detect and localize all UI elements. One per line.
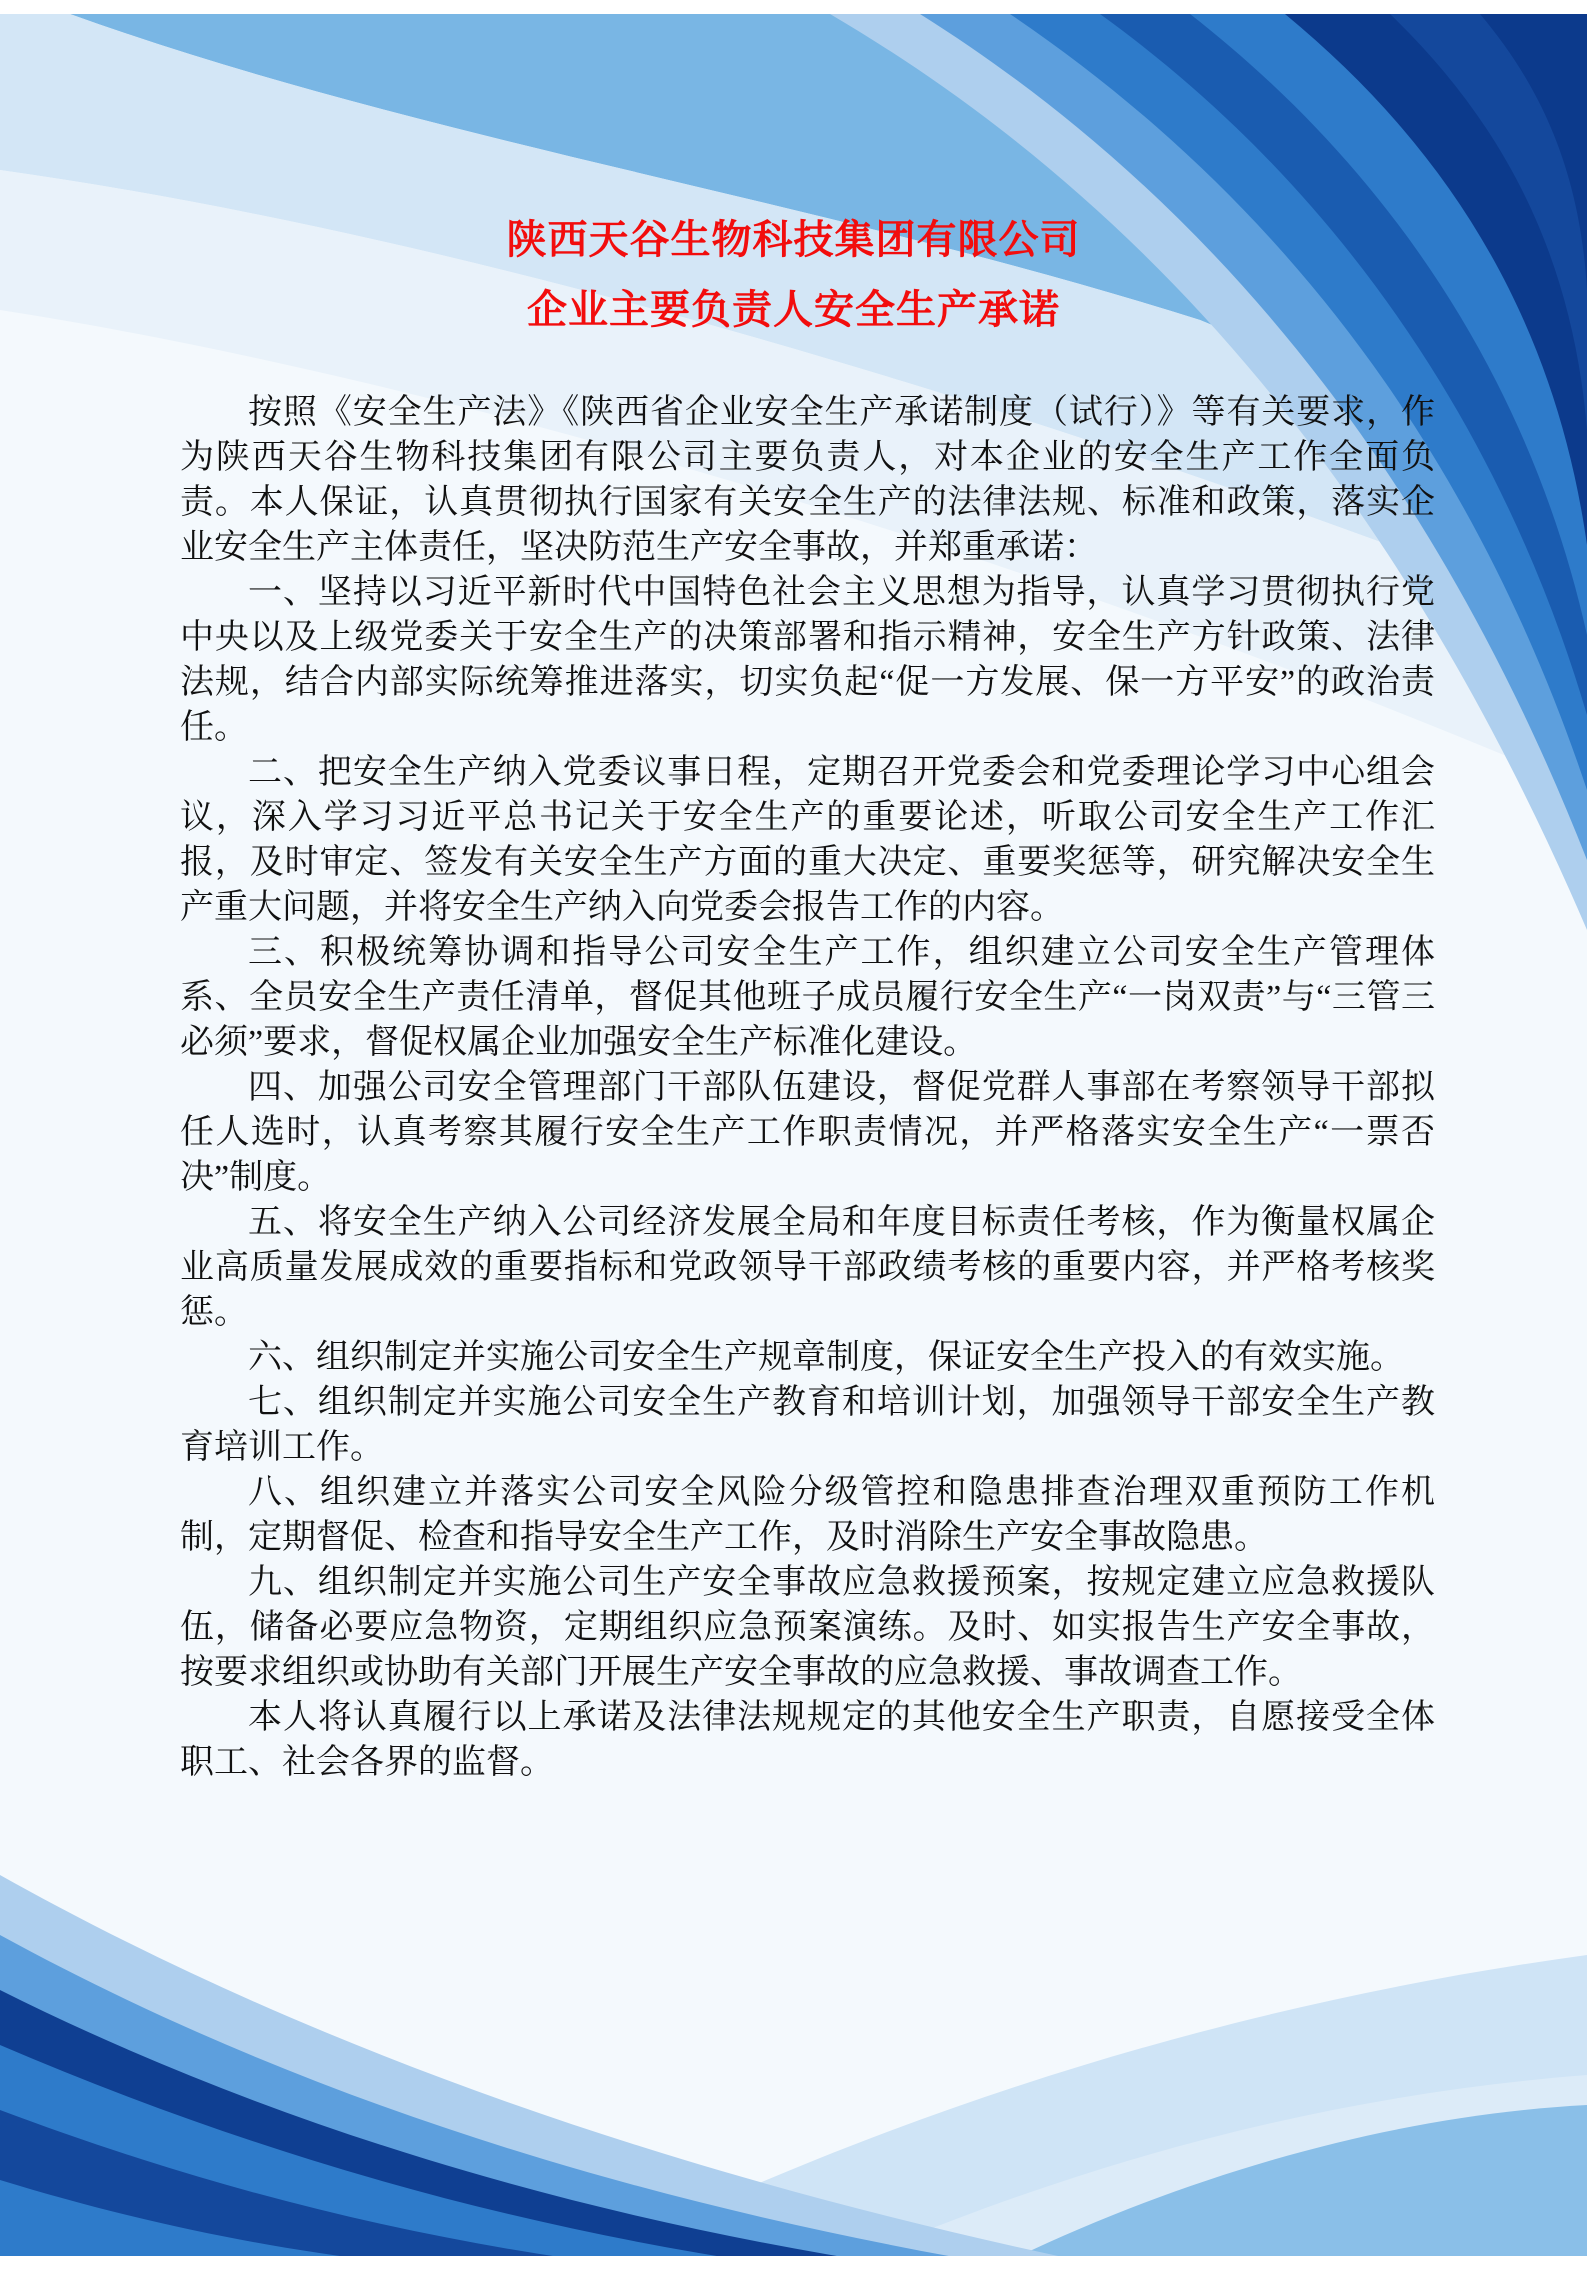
body-paragraph-item-9: 九、组织制定并实施公司生产安全事故应急救援预案，按规定建立应急救援队伍，储备必要… [180, 1560, 1435, 1695]
body-paragraph-item-6: 六、组织制定并实施公司安全生产规章制度，保证安全生产投入的有效实施。 [180, 1335, 1435, 1380]
body-paragraph-item-1: 一、坚持以习近平新时代中国特色社会主义思想为指导，认真学习贯彻执行党中央以及上级… [180, 570, 1435, 750]
document-body: 按照《安全生产法》《陕西省企业安全生产承诺制度（试行）》等有关要求，作为陕西天谷… [180, 390, 1435, 1785]
bottom-margin-strip [0, 2256, 1587, 2275]
document-title-line1: 陕西天谷生物科技集团有限公司 [0, 216, 1587, 264]
document-content: 陕西天谷生物科技集团有限公司 企业主要负责人安全生产承诺 按照《安全生产法》《陕… [0, 0, 1587, 1785]
body-paragraph-item-3: 三、积极统筹协调和指导公司安全生产工作，组织建立公司安全生产管理体系、全员安全生… [180, 930, 1435, 1065]
document-title-line2: 企业主要负责人安全生产承诺 [0, 286, 1587, 334]
body-paragraph-closing: 本人将认真履行以上承诺及法律法规规定的其他安全生产职责，自愿接受全体职工、社会各… [180, 1695, 1435, 1785]
body-paragraph-intro: 按照《安全生产法》《陕西省企业安全生产承诺制度（试行）》等有关要求，作为陕西天谷… [180, 390, 1435, 570]
document-page: 陕西天谷生物科技集团有限公司 企业主要负责人安全生产承诺 按照《安全生产法》《陕… [0, 0, 1587, 2275]
body-paragraph-item-4: 四、加强公司安全管理部门干部队伍建设，督促党群人事部在考察领导干部拟任人选时，认… [180, 1065, 1435, 1200]
body-paragraph-item-7: 七、组织制定并实施公司安全生产教育和培训计划，加强领导干部安全生产教育培训工作。 [180, 1380, 1435, 1470]
body-paragraph-item-2: 二、把安全生产纳入党委议事日程，定期召开党委会和党委理论学习中心组会议，深入学习… [180, 750, 1435, 930]
body-paragraph-item-8: 八、组织建立并落实公司安全风险分级管控和隐患排查治理双重预防工作机制，定期督促、… [180, 1470, 1435, 1560]
body-paragraph-item-5: 五、将安全生产纳入公司经济发展全局和年度目标责任考核，作为衡量权属企业高质量发展… [180, 1200, 1435, 1335]
